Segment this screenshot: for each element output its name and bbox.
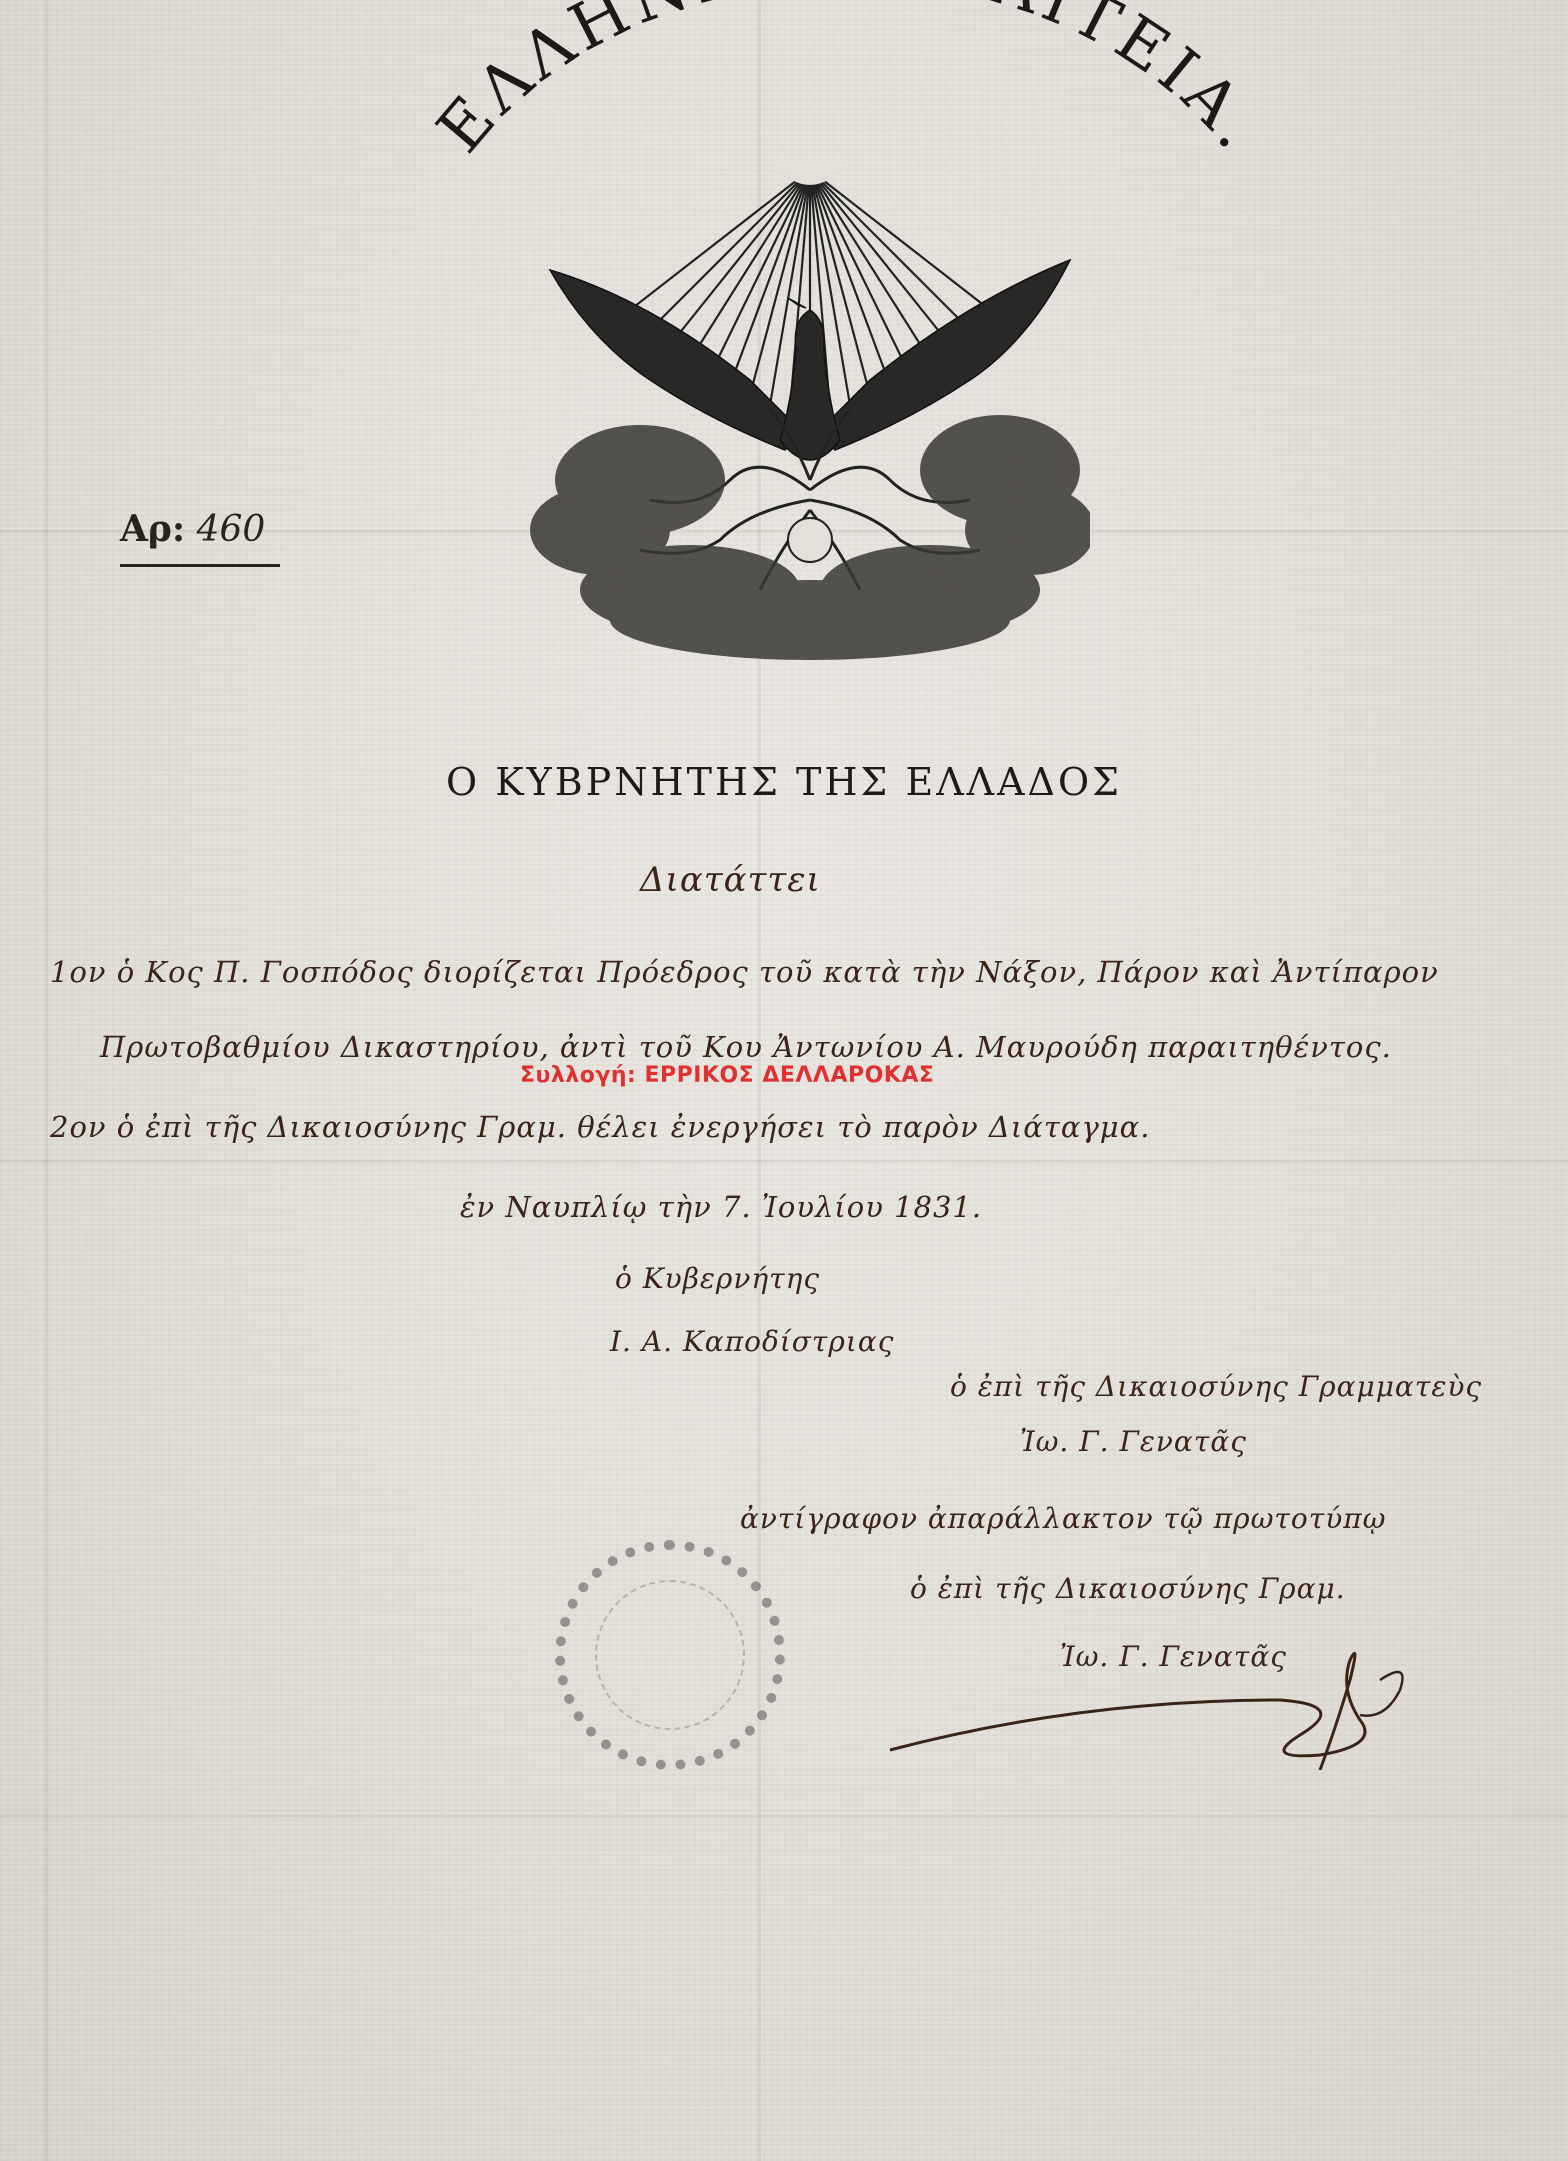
- body-line-3: 2ον ὁ ἐπὶ τῆς Δικαιοσύνης Γραμ. θέλει ἐν…: [50, 1110, 1150, 1144]
- copy-note: ἀντίγραφον ἀπαράλλακτον τῷ πρωτοτύπῳ: [740, 1502, 1387, 1535]
- signature-flourish-icon: [880, 1640, 1440, 1770]
- fold-line: [0, 1815, 1568, 1818]
- sun-arc-icon: [770, 160, 850, 185]
- reference-underline: [120, 564, 280, 567]
- fold-line: [0, 1160, 1568, 1163]
- reference-value: 460: [197, 509, 266, 550]
- svg-text:ΕΛΛΗΝΙΚΗ ΠΟΛΙΤΕΙΑ.: ΕΛΛΗΝΙΚΗ ΠΟΛΙΤΕΙΑ.: [424, 0, 1278, 167]
- place-date: ἐν Ναυπλίῳ τὴν 7. Ἰουλίου 1831.: [460, 1190, 982, 1224]
- copy-secretary-title: ὁ ἐπὶ τῆς Δικαιοσύνης Γραμ.: [910, 1572, 1346, 1605]
- collection-watermark: Συλλογή: ΕΡΡΙΚΟΣ ΔΕΛΛΑΡΟΚΑΣ: [520, 1063, 934, 1088]
- secretary-name: Ἰω. Γ. Γενατᾶς: [1020, 1425, 1247, 1458]
- reference-label: Αρ:: [120, 508, 185, 550]
- body-line-2: Πρωτοβαθμίου Δικαστηρίου, ἀντὶ τοῦ Κου Ἀ…: [100, 1030, 1392, 1064]
- governor-title: ὁ Κυβερνήτης: [615, 1262, 820, 1295]
- document-heading: Ο ΚΥΒΡΝΗΤΗΣ ΤΗΣ ΕΛΛΑΔΟΣ: [0, 760, 1568, 804]
- reference-number: Αρ: 460: [120, 508, 265, 550]
- ink-seal: [555, 1540, 785, 1770]
- phoenix-emblem-icon: [530, 150, 1090, 670]
- body-line-1: 1ον ὁ Κος Π. Γοσπόδος διορίζεται Πρόεδρο…: [50, 955, 1439, 989]
- seal-inner-ring: [595, 1580, 745, 1730]
- governor-name: Ι. Α. Καποδίστριας: [610, 1325, 894, 1358]
- decree-word: Διατάττει: [640, 860, 821, 900]
- title-text: ΕΛΛΗΝΙΚΗ ΠΟΛΙΤΕΙΑ.: [424, 0, 1278, 167]
- secretary-title: ὁ ἐπὶ τῆς Δικαιοσύνης Γραμματεὺς: [950, 1370, 1482, 1403]
